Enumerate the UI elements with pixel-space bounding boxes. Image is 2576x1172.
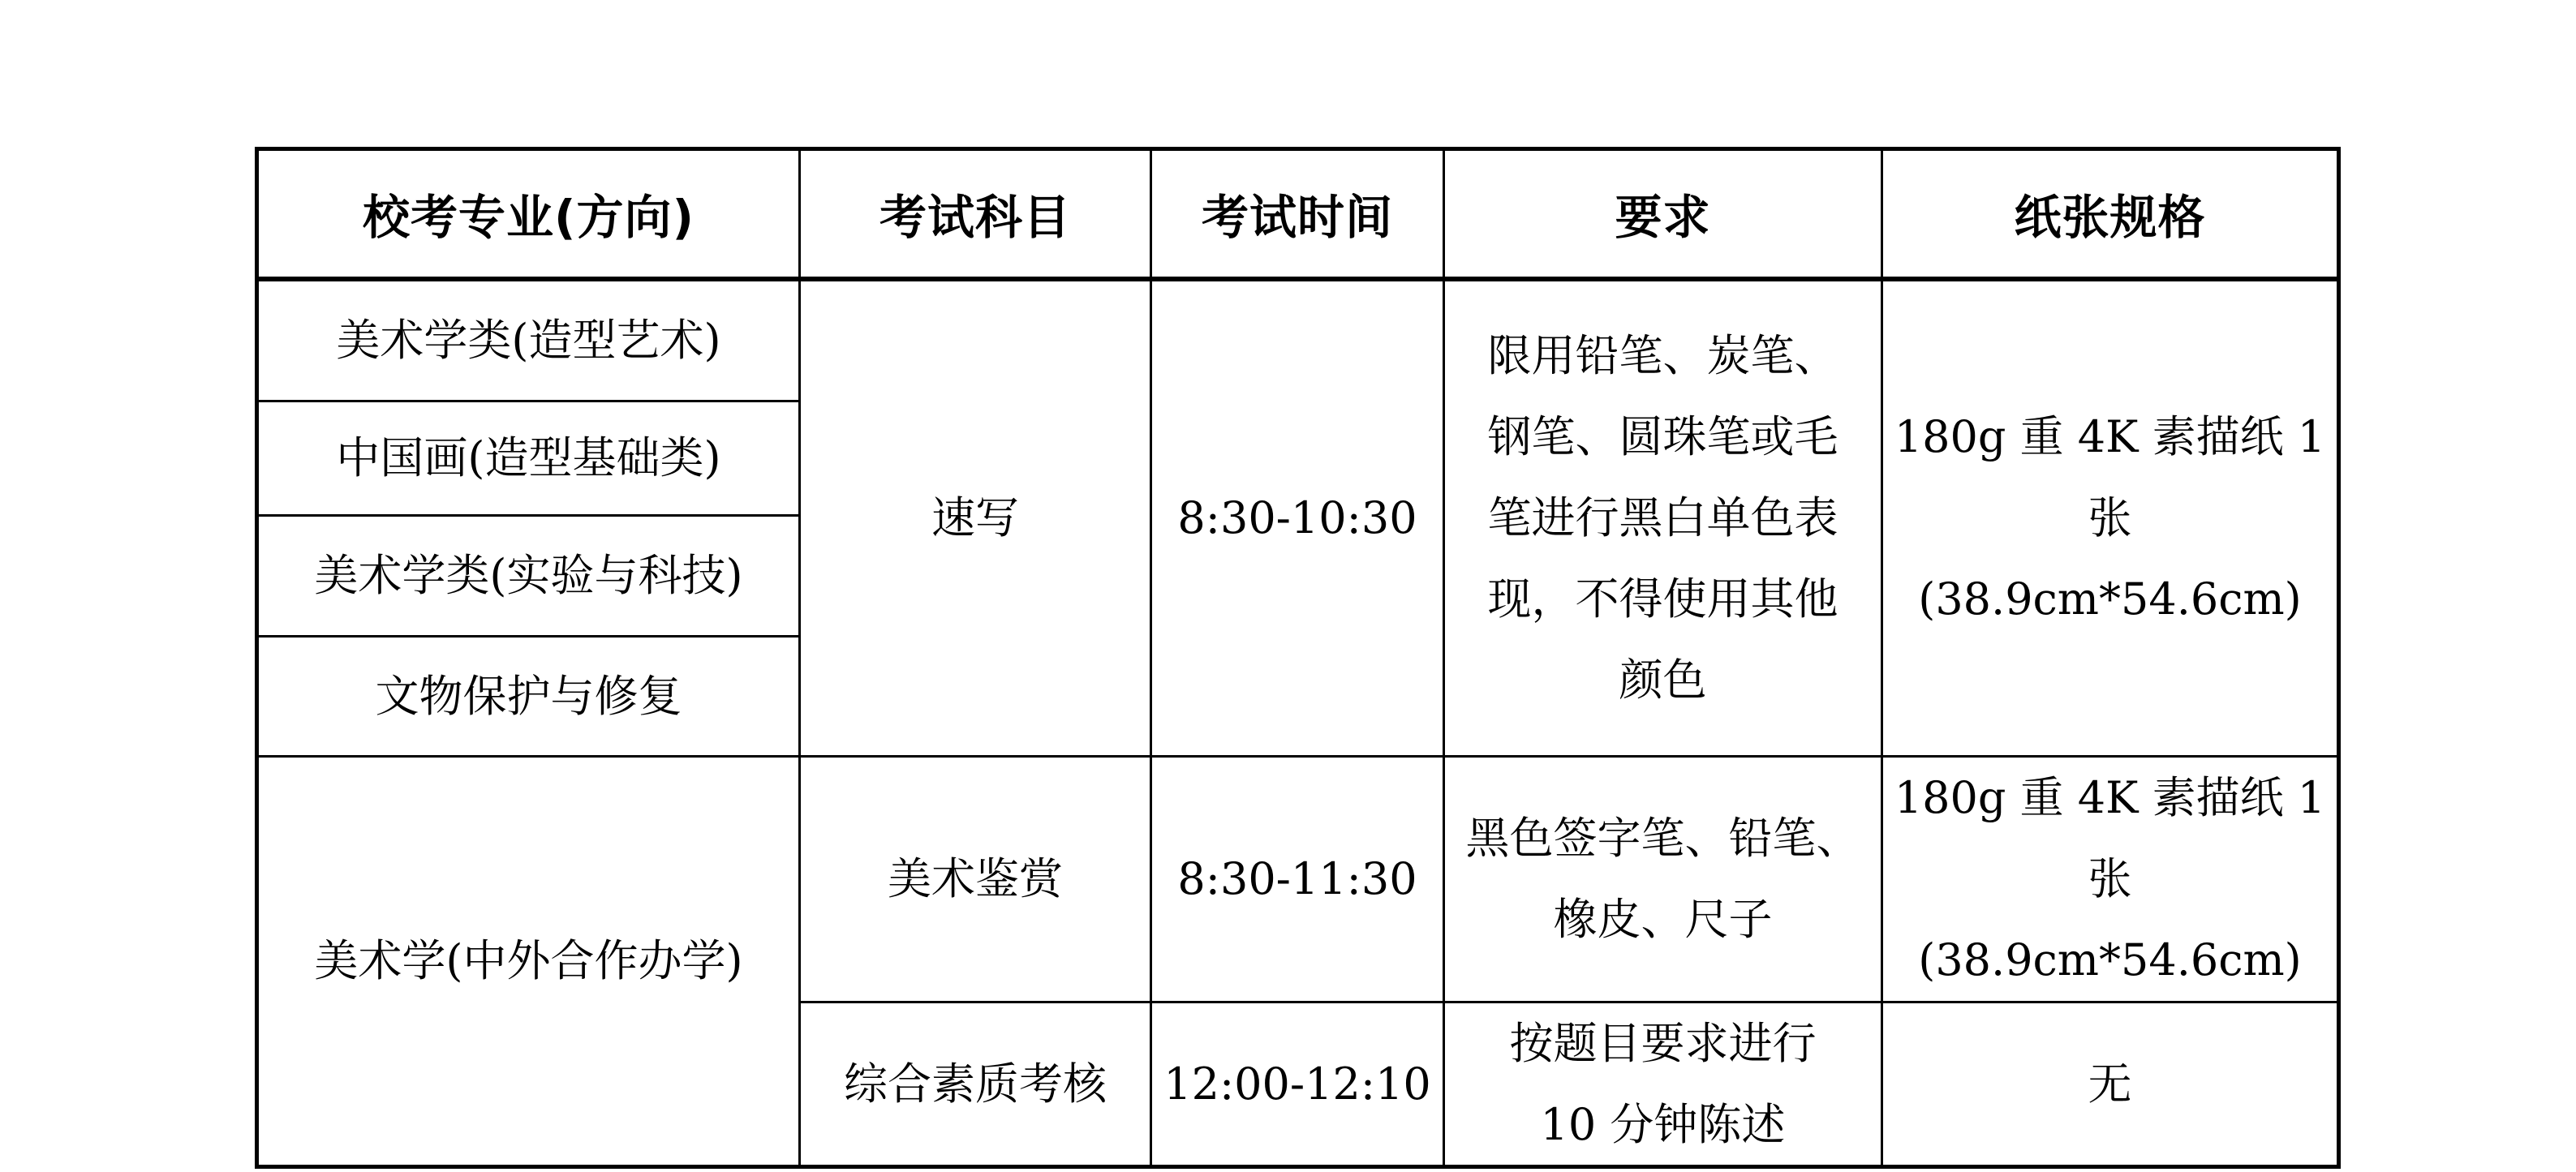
subject-cell-comprehensive-quality: 综合素质考核 [800, 1002, 1151, 1167]
header-paper-spec: 纸张规格 [1882, 149, 2339, 279]
subject-cell-sketch: 速写 [800, 279, 1151, 757]
major-cell-experiment-technology: 美术学类(实验与科技) [257, 516, 800, 637]
major-cell-relic-conservation: 文物保护与修复 [257, 637, 800, 757]
requirement-cell-art-appreciation: 黑色签字笔、铅笔、 橡皮、尺子 [1444, 757, 1882, 1002]
time-cell-sketch: 8:30-10:30 [1151, 279, 1444, 757]
header-subject: 考试科目 [800, 149, 1151, 279]
time-cell-comprehensive-quality: 12:00-12:10 [1151, 1002, 1444, 1167]
paper-cell-comprehensive-quality: 无 [1882, 1002, 2339, 1167]
header-requirement: 要求 [1444, 149, 1882, 279]
header-major: 校考专业(方向) [257, 149, 800, 279]
major-cell-fine-arts-modeling: 美术学类(造型艺术) [257, 279, 800, 401]
time-cell-art-appreciation: 8:30-11:30 [1151, 757, 1444, 1002]
paper-cell-sketch: 180g 重 4K 素描纸 1 张 (38.9cm*54.6cm) [1882, 279, 2339, 757]
subject-cell-art-appreciation: 美术鉴赏 [800, 757, 1151, 1002]
table-row: 美术学类(造型艺术) 速写 8:30-10:30 限用铅笔、炭笔、 钢笔、圆珠笔… [257, 279, 2339, 401]
document-page: 校考专业(方向) 考试科目 考试时间 要求 纸张规格 美术学类(造型艺术) 速写… [0, 0, 2576, 1172]
requirement-cell-comprehensive-quality: 按题目要求进行 10 分钟陈述 [1444, 1002, 1882, 1167]
header-time: 考试时间 [1151, 149, 1444, 279]
major-cell-chinese-painting: 中国画(造型基础类) [257, 401, 800, 516]
header-row: 校考专业(方向) 考试科目 考试时间 要求 纸张规格 [257, 149, 2339, 279]
paper-cell-art-appreciation: 180g 重 4K 素描纸 1 张 (38.9cm*54.6cm) [1882, 757, 2339, 1002]
requirement-cell-sketch: 限用铅笔、炭笔、 钢笔、圆珠笔或毛 笔进行黑白单色表 现，不得使用其他 颜色 [1444, 279, 1882, 757]
major-cell-sino-foreign: 美术学(中外合作办学) [257, 757, 800, 1167]
table-row: 美术学(中外合作办学) 美术鉴赏 8:30-11:30 黑色签字笔、铅笔、 橡皮… [257, 757, 2339, 1002]
exam-schedule-table: 校考专业(方向) 考试科目 考试时间 要求 纸张规格 美术学类(造型艺术) 速写… [255, 147, 2341, 1169]
